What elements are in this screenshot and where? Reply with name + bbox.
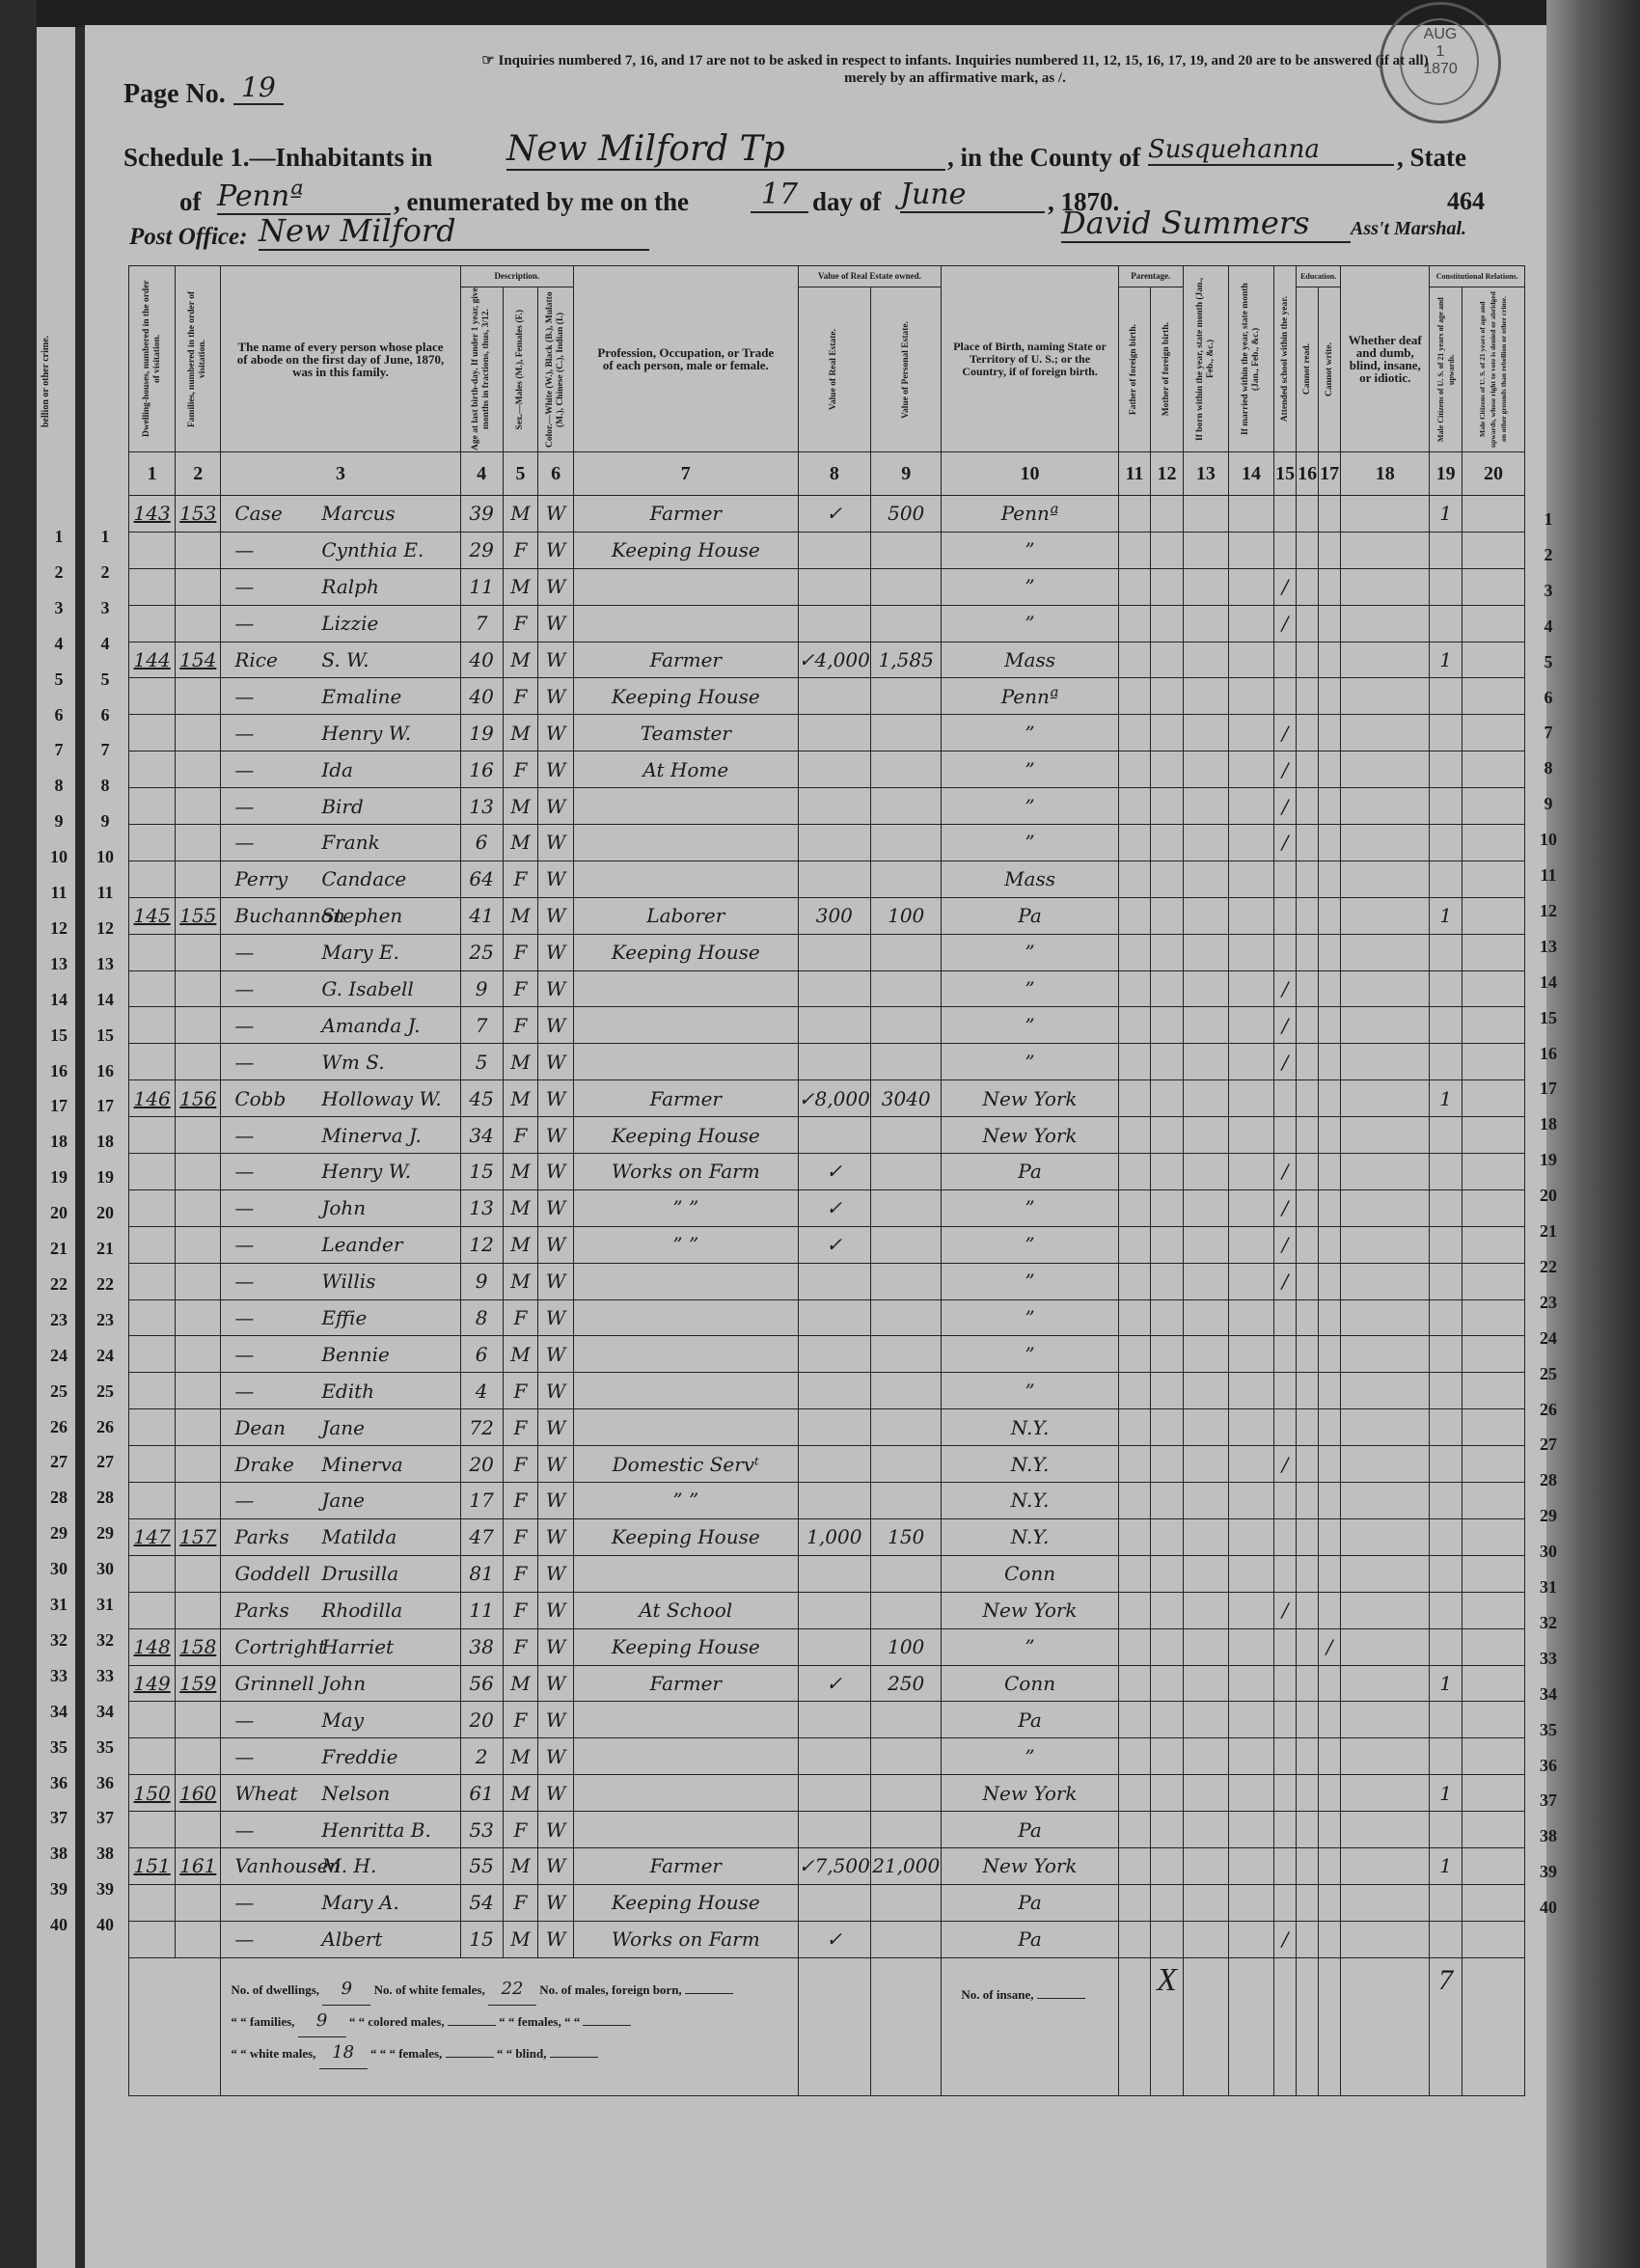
dwelling-number xyxy=(129,751,176,788)
given-name: Wm S. xyxy=(321,1051,384,1074)
birthplace: New York xyxy=(942,1592,1118,1628)
dwellings-label: No. of dwellings, xyxy=(231,1982,319,1997)
age: 72 xyxy=(460,1409,503,1446)
cannot-read xyxy=(1297,1847,1319,1884)
disability xyxy=(1341,897,1430,934)
mother-foreign xyxy=(1151,1189,1184,1226)
disability xyxy=(1341,825,1430,861)
married-within-year xyxy=(1228,678,1273,715)
mother-foreign xyxy=(1151,642,1184,678)
person-name: —Amanda J. xyxy=(221,1007,460,1044)
male-citizen xyxy=(1430,934,1462,970)
left-row-number: 19 xyxy=(89,1167,122,1188)
color: W xyxy=(538,605,574,642)
real-estate-value: 1,000 xyxy=(798,1518,870,1555)
father-foreign xyxy=(1118,934,1151,970)
person-name: —Emaline xyxy=(221,678,460,715)
vote-denied xyxy=(1462,1665,1524,1702)
dwelling-number xyxy=(129,861,176,897)
prev-page-row-number: 15 xyxy=(44,1025,73,1046)
occupation xyxy=(574,825,799,861)
vote-denied xyxy=(1462,934,1524,970)
person-name: —May xyxy=(221,1702,460,1738)
occupation xyxy=(574,1299,799,1336)
table-row: DrakeMinerva20FWDomestic ServᵗN.Y./ xyxy=(129,1446,1525,1483)
sex: F xyxy=(503,1518,538,1555)
person-name: RiceS. W. xyxy=(221,642,460,678)
color: W xyxy=(538,788,574,825)
insane-label: No. of insane, xyxy=(961,1987,1033,2002)
real-estate-value xyxy=(798,1007,870,1044)
sheet-number: 464 xyxy=(1447,187,1485,216)
married-within-year xyxy=(1228,1884,1273,1921)
cannot-read xyxy=(1297,642,1319,678)
column-number-3: 3 xyxy=(221,452,460,496)
insane-count xyxy=(1037,1998,1085,1999)
dwellings-count: 9 xyxy=(322,1974,370,2006)
disability xyxy=(1341,1189,1430,1226)
birthplace: Pennª xyxy=(942,496,1118,533)
surname: — xyxy=(234,758,321,781)
county-field: Susquehanna xyxy=(1148,135,1394,166)
male-citizen xyxy=(1430,788,1462,825)
left-row-number: 13 xyxy=(89,954,122,974)
occupation: Domestic Servᵗ xyxy=(574,1446,799,1483)
birthplace: ” xyxy=(942,568,1118,605)
occupation: Keeping House xyxy=(574,1628,799,1665)
father-foreign xyxy=(1118,897,1151,934)
given-name: Minerva J. xyxy=(321,1124,422,1147)
prev-page-row-number: 38 xyxy=(44,1844,73,1864)
left-row-number: 6 xyxy=(89,705,122,725)
surname: — xyxy=(234,977,321,1000)
cannot-write xyxy=(1319,1044,1341,1080)
enumeration-month: June xyxy=(900,178,1045,213)
cannot-write xyxy=(1319,970,1341,1007)
person-name: CaseMarcus xyxy=(221,496,460,533)
birthplace: ” xyxy=(942,1226,1118,1263)
cannot-write xyxy=(1319,897,1341,934)
right-row-number: 3 xyxy=(1529,581,1568,601)
cannot-read xyxy=(1297,1226,1319,1263)
attended-school: / xyxy=(1274,568,1297,605)
schedule-label: Schedule 1.—Inhabitants in xyxy=(123,143,432,173)
family-number xyxy=(176,1702,221,1738)
born-within-year xyxy=(1183,970,1228,1007)
occupation xyxy=(574,1044,799,1080)
surname: Dean xyxy=(234,1416,321,1439)
right-row-number: 30 xyxy=(1529,1542,1568,1562)
father-foreign xyxy=(1118,532,1151,568)
person-name: —Frank xyxy=(221,825,460,861)
vote-denied xyxy=(1462,1738,1524,1775)
surname: — xyxy=(234,1233,321,1256)
vote-denied xyxy=(1462,1702,1524,1738)
table-row: PerryCandace64FWMass xyxy=(129,861,1525,897)
cannot-read xyxy=(1297,1518,1319,1555)
birthplace: N.Y. xyxy=(942,1483,1118,1519)
personal-estate-value xyxy=(871,1921,942,1957)
person-name: —Jane xyxy=(221,1483,460,1519)
prev-page-row-number: 29 xyxy=(44,1523,73,1544)
age: 11 xyxy=(460,1592,503,1628)
color: W xyxy=(538,1154,574,1190)
vote-denied xyxy=(1462,1483,1524,1519)
mother-foreign xyxy=(1151,1336,1184,1373)
left-row-number: 2 xyxy=(89,562,122,583)
personal-estate-value: 150 xyxy=(871,1518,942,1555)
vote-denied xyxy=(1462,970,1524,1007)
group-header-education: Education. xyxy=(1297,266,1341,287)
occupation xyxy=(574,861,799,897)
married-within-year xyxy=(1228,715,1273,751)
personal-estate-value xyxy=(871,1738,942,1775)
given-name: M. H. xyxy=(321,1854,376,1877)
color: W xyxy=(538,1665,574,1702)
mother-foreign xyxy=(1151,1847,1184,1884)
prev-page-row-number: 26 xyxy=(44,1417,73,1437)
cannot-write xyxy=(1319,1299,1341,1336)
real-estate-value xyxy=(798,1702,870,1738)
dwelling-number xyxy=(129,1921,176,1957)
occupation: Works on Farm xyxy=(574,1921,799,1957)
attended-school: / xyxy=(1274,1189,1297,1226)
binding-shadow-left xyxy=(0,0,37,2268)
person-name: —Minerva J. xyxy=(221,1117,460,1154)
left-row-number: 31 xyxy=(89,1595,122,1615)
occupation: Keeping House xyxy=(574,1117,799,1154)
disability xyxy=(1341,1884,1430,1921)
real-estate-value xyxy=(798,678,870,715)
personal-estate-value xyxy=(871,934,942,970)
col-header-personal-estate-value: Value of Personal Estate. xyxy=(901,321,912,419)
surname: — xyxy=(234,575,321,598)
married-within-year xyxy=(1228,1555,1273,1592)
right-row-number: 40 xyxy=(1529,1898,1568,1918)
birthplace: ” xyxy=(942,1263,1118,1299)
person-name: ParksMatilda xyxy=(221,1518,460,1555)
dwelling-number xyxy=(129,1299,176,1336)
real-estate-value xyxy=(798,1812,870,1848)
real-estate-value: ✓ xyxy=(798,1189,870,1226)
cannot-read xyxy=(1297,1409,1319,1446)
color: W xyxy=(538,751,574,788)
cannot-read xyxy=(1297,1373,1319,1409)
person-name: —Edith xyxy=(221,1373,460,1409)
cannot-write xyxy=(1319,751,1341,788)
father-foreign xyxy=(1118,1044,1151,1080)
mother-foreign xyxy=(1151,1775,1184,1812)
cannot-write xyxy=(1319,1446,1341,1483)
column-number-12: 12 xyxy=(1151,452,1184,496)
personal-estate-value xyxy=(871,1775,942,1812)
color: W xyxy=(538,678,574,715)
male-citizen xyxy=(1430,861,1462,897)
cannot-read xyxy=(1297,1117,1319,1154)
given-name: Jane xyxy=(321,1416,365,1439)
disability xyxy=(1341,1555,1430,1592)
dwelling-number: 150 xyxy=(129,1775,176,1812)
prev-page-row-number: 23 xyxy=(44,1310,73,1330)
cannot-read xyxy=(1297,1738,1319,1775)
family-number xyxy=(176,1555,221,1592)
age: 5 xyxy=(460,1044,503,1080)
age: 13 xyxy=(460,788,503,825)
disability xyxy=(1341,1483,1430,1519)
column-number-10: 10 xyxy=(942,452,1118,496)
mother-foreign xyxy=(1151,1409,1184,1446)
male-citizen: 1 xyxy=(1430,1847,1462,1884)
right-row-number: 31 xyxy=(1529,1577,1568,1598)
real-estate-value xyxy=(798,861,870,897)
surname: Wheat xyxy=(234,1782,321,1805)
surname: Perry xyxy=(234,867,321,890)
person-name: —John xyxy=(221,1189,460,1226)
personal-estate-value xyxy=(871,970,942,1007)
real-estate-value xyxy=(798,568,870,605)
real-estate-value xyxy=(798,970,870,1007)
given-name: Effie xyxy=(321,1306,367,1329)
age: 6 xyxy=(460,825,503,861)
age: 13 xyxy=(460,1189,503,1226)
family-number xyxy=(176,568,221,605)
birthplace: Mass xyxy=(942,861,1118,897)
white-males-label: “ “ white males, xyxy=(231,2046,315,2061)
mother-foreign xyxy=(1151,970,1184,1007)
married-within-year xyxy=(1228,1446,1273,1483)
attended-school xyxy=(1274,934,1297,970)
dwelling-number xyxy=(129,934,176,970)
left-row-number: 34 xyxy=(89,1702,122,1722)
colored-males-label: “ “ colored males, xyxy=(349,2014,445,2029)
family-number: 153 xyxy=(176,496,221,533)
married-within-year xyxy=(1228,1483,1273,1519)
father-foreign xyxy=(1118,1080,1151,1117)
prev-page-row-number: 37 xyxy=(44,1808,73,1828)
instructions-notice: ☞ Inquiries numbered 7, 16, and 17 are n… xyxy=(386,52,1524,87)
given-name: John xyxy=(321,1196,366,1219)
cannot-write xyxy=(1319,1555,1341,1592)
born-within-year xyxy=(1183,715,1228,751)
father-foreign xyxy=(1118,1518,1151,1555)
person-name: —Effie xyxy=(221,1299,460,1336)
given-name: Minerva xyxy=(321,1453,402,1476)
cannot-read xyxy=(1297,1336,1319,1373)
right-row-number: 25 xyxy=(1529,1364,1568,1384)
sex: M xyxy=(503,1738,538,1775)
left-row-number: 30 xyxy=(89,1559,122,1579)
given-name: Candace xyxy=(321,867,406,890)
color: W xyxy=(538,532,574,568)
table-row: —Emaline40FWKeeping HousePennª xyxy=(129,678,1525,715)
marshal-label: Ass't Marshal. xyxy=(1351,218,1466,240)
surname: — xyxy=(234,795,321,818)
person-name: —Wm S. xyxy=(221,1044,460,1080)
age: 38 xyxy=(460,1628,503,1665)
right-row-number: 13 xyxy=(1529,937,1568,957)
real-estate-value xyxy=(798,605,870,642)
mother-foreign xyxy=(1151,1446,1184,1483)
male-citizen xyxy=(1430,1409,1462,1446)
birthplace: ” xyxy=(942,1336,1118,1373)
color: W xyxy=(538,1446,574,1483)
prev-page-row-number: 6 xyxy=(44,705,73,725)
mother-foreign xyxy=(1151,1555,1184,1592)
color: W xyxy=(538,496,574,533)
left-row-number: 28 xyxy=(89,1488,122,1508)
born-within-year xyxy=(1183,642,1228,678)
person-name: WheatNelson xyxy=(221,1775,460,1812)
attended-school: / xyxy=(1274,788,1297,825)
person-name: —Willis xyxy=(221,1263,460,1299)
color: W xyxy=(538,1775,574,1812)
given-name: Amanda J. xyxy=(321,1014,420,1037)
family-number xyxy=(176,788,221,825)
table-row: —Edith4FW” xyxy=(129,1373,1525,1409)
prev-page-row-number: 20 xyxy=(44,1203,73,1223)
color: W xyxy=(538,1409,574,1446)
given-name: Freddie xyxy=(321,1745,397,1768)
cannot-read xyxy=(1297,1555,1319,1592)
table-row: 143153CaseMarcus39MWFarmer✓500Pennª1 xyxy=(129,496,1525,533)
person-name: —Bennie xyxy=(221,1336,460,1373)
white-females-label: No. of white females, xyxy=(374,1982,485,1997)
dwelling-number xyxy=(129,605,176,642)
birthplace: Pa xyxy=(942,897,1118,934)
personal-estate-value xyxy=(871,1592,942,1628)
person-name: —Henry W. xyxy=(221,715,460,751)
table-row: —John13MW” ”✓”/ xyxy=(129,1189,1525,1226)
prev-page-row-number: 27 xyxy=(44,1452,73,1472)
table-row: —Albert15MWWorks on Farm✓Pa/ xyxy=(129,1921,1525,1957)
cannot-write xyxy=(1319,1080,1341,1117)
male-citizen xyxy=(1430,1628,1462,1665)
mother-foreign xyxy=(1151,861,1184,897)
family-number xyxy=(176,1044,221,1080)
mother-foreign xyxy=(1151,532,1184,568)
father-foreign xyxy=(1118,1592,1151,1628)
born-within-year xyxy=(1183,1921,1228,1957)
born-within-year xyxy=(1183,1483,1228,1519)
cannot-read xyxy=(1297,1665,1319,1702)
sex: M xyxy=(503,496,538,533)
table-row: —Freddie2MW” xyxy=(129,1738,1525,1775)
birthplace: ” xyxy=(942,1007,1118,1044)
family-number xyxy=(176,532,221,568)
male-citizen xyxy=(1430,1555,1462,1592)
color: W xyxy=(538,1812,574,1848)
personal-estate-value xyxy=(871,1884,942,1921)
given-name: Leander xyxy=(321,1233,402,1256)
occupation: Keeping House xyxy=(574,1518,799,1555)
sex: F xyxy=(503,1884,538,1921)
sex: M xyxy=(503,1921,538,1957)
state-field: Pennª xyxy=(217,179,391,215)
population-schedule-table: Dwelling-houses, numbered in the order o… xyxy=(128,265,1525,2096)
birthplace: ” xyxy=(942,970,1118,1007)
cannot-read xyxy=(1297,1884,1319,1921)
cannot-write xyxy=(1319,1812,1341,1848)
dwelling-number: 145 xyxy=(129,897,176,934)
cannot-read xyxy=(1297,1299,1319,1336)
cannot-read xyxy=(1297,1592,1319,1628)
sex: M xyxy=(503,825,538,861)
sex: M xyxy=(503,1336,538,1373)
census-page: bellion or other crime. AUG 1 1870 Page … xyxy=(0,0,1640,2268)
dwelling-number xyxy=(129,1409,176,1446)
father-foreign xyxy=(1118,1409,1151,1446)
table-row: —Frank6MW”/ xyxy=(129,825,1525,861)
given-name: Albert xyxy=(321,1927,382,1951)
disability xyxy=(1341,1921,1430,1957)
real-estate-value xyxy=(798,1738,870,1775)
disability xyxy=(1341,1847,1430,1884)
occupation: Teamster xyxy=(574,715,799,751)
birthplace: N.Y. xyxy=(942,1518,1118,1555)
born-within-year xyxy=(1183,1592,1228,1628)
vote-denied xyxy=(1462,1812,1524,1848)
given-name: Mary E. xyxy=(321,941,399,964)
prev-page-row-number: 12 xyxy=(44,918,73,939)
prev-page-row-number: 17 xyxy=(44,1096,73,1116)
father-foreign xyxy=(1118,1446,1151,1483)
born-within-year xyxy=(1183,1738,1228,1775)
attended-school xyxy=(1274,1702,1297,1738)
disability xyxy=(1341,788,1430,825)
occupation xyxy=(574,1555,799,1592)
personal-estate-value xyxy=(871,861,942,897)
married-within-year xyxy=(1228,825,1273,861)
age: 7 xyxy=(460,605,503,642)
vote-denied xyxy=(1462,1117,1524,1154)
person-name: —Cynthia E. xyxy=(221,532,460,568)
dwelling-number xyxy=(129,678,176,715)
married-within-year xyxy=(1228,1007,1273,1044)
disability xyxy=(1341,1263,1430,1299)
color: W xyxy=(538,715,574,751)
color: W xyxy=(538,642,574,678)
born-within-year xyxy=(1183,751,1228,788)
left-row-number: 8 xyxy=(89,776,122,796)
occupation xyxy=(574,1738,799,1775)
family-number xyxy=(176,1117,221,1154)
age: 39 xyxy=(460,496,503,533)
cannot-write xyxy=(1319,532,1341,568)
cannot-read xyxy=(1297,1446,1319,1483)
mother-foreign xyxy=(1151,1921,1184,1957)
given-name: Matilda xyxy=(321,1525,396,1548)
mother-foreign xyxy=(1151,496,1184,533)
table-row: —Effie8FW” xyxy=(129,1299,1525,1336)
born-within-year xyxy=(1183,897,1228,934)
attended-school: / xyxy=(1274,825,1297,861)
cannot-write xyxy=(1319,1921,1341,1957)
color: W xyxy=(538,1226,574,1263)
father-foreign xyxy=(1118,825,1151,861)
families-count: 9 xyxy=(298,2006,346,2037)
mother-foreign xyxy=(1151,1483,1184,1519)
personal-estate-value xyxy=(871,605,942,642)
left-row-number: 5 xyxy=(89,669,122,690)
dwelling-number xyxy=(129,825,176,861)
color: W xyxy=(538,1373,574,1409)
cannot-write xyxy=(1319,1847,1341,1884)
sex: M xyxy=(503,1263,538,1299)
married-within-year xyxy=(1228,1702,1273,1738)
prev-page-row-number: 4 xyxy=(44,634,73,654)
born-within-year xyxy=(1183,532,1228,568)
male-citizen: 1 xyxy=(1430,897,1462,934)
